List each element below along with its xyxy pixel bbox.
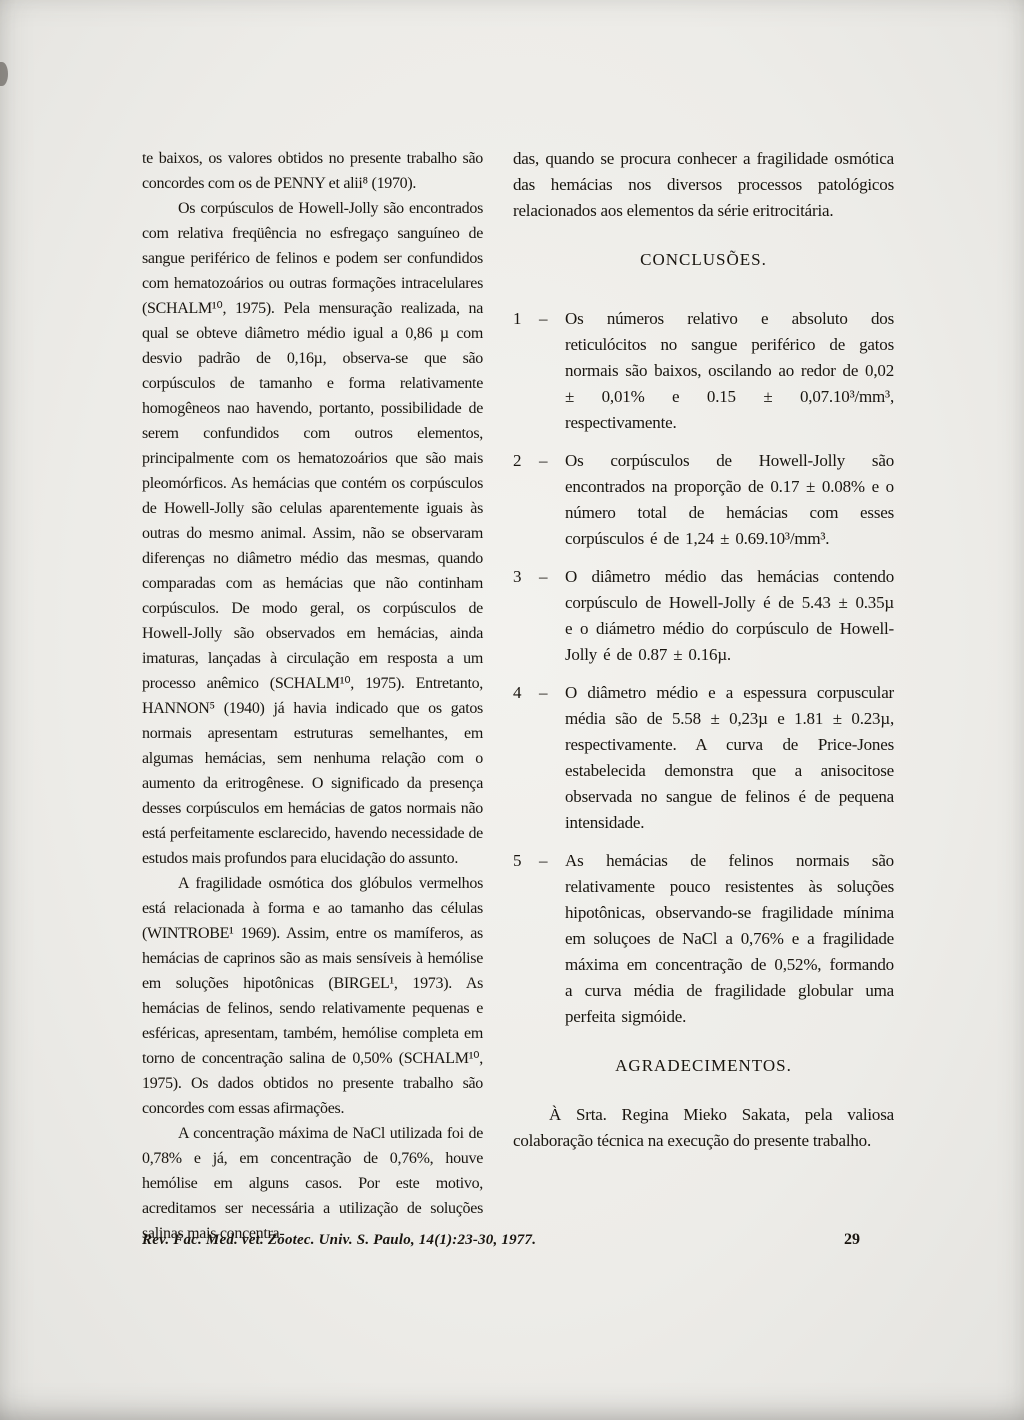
item-dash: – xyxy=(539,848,565,1030)
item-text: As hemácias de felinos normais são relat… xyxy=(565,848,894,1030)
page-number: 29 xyxy=(844,1231,860,1249)
item-text: O diâmetro médio e a espessura corpuscul… xyxy=(565,680,894,836)
item-number: 3 xyxy=(513,564,539,668)
item-text: Os corpúsculos de Howell-Jolly são encon… xyxy=(565,448,894,552)
paragraph: A concentração máxima de NaCl utilizada … xyxy=(142,1121,483,1246)
item-number: 4 xyxy=(513,680,539,836)
item-number: 5 xyxy=(513,848,539,1030)
conclusions-heading: CONCLUSÕES. xyxy=(513,250,894,270)
paragraph: A fragilidade osmótica dos glóbulos verm… xyxy=(142,871,483,1121)
item-number: 2 xyxy=(513,448,539,552)
item-dash: – xyxy=(539,680,565,836)
acknowledgements-paragraph: À Srta. Regina Mieko Sakata, pela valios… xyxy=(513,1102,894,1154)
list-item: 4 – O diâmetro médio e a espessura corpu… xyxy=(513,680,894,836)
scan-artifact xyxy=(0,62,8,86)
paragraph-continuation: te baixos, os valores obtidos no present… xyxy=(142,146,483,196)
item-dash: – xyxy=(539,448,565,552)
journal-citation: Rev. Fac. Med. vet. Zootec. Univ. S. Pau… xyxy=(142,1232,536,1249)
right-column: das, quando se procura conhecer a fragil… xyxy=(513,146,894,1246)
acknowledgements-heading: AGRADECIMENTOS. xyxy=(513,1056,894,1076)
item-dash: – xyxy=(539,306,565,436)
list-item: 3 – O diâmetro médio das hemácias conten… xyxy=(513,564,894,668)
paragraph: Os corpúsculos de Howell-Jolly são encon… xyxy=(142,196,483,871)
list-item: 5 – As hemácias de felinos normais são r… xyxy=(513,848,894,1030)
item-text: O diâmetro médio das hemácias contendo c… xyxy=(565,564,894,668)
scanned-paper-page: te baixos, os valores obtidos no present… xyxy=(0,0,1024,1420)
left-column: te baixos, os valores obtidos no present… xyxy=(142,146,483,1246)
list-item: 2 – Os corpúsculos de Howell-Jolly são e… xyxy=(513,448,894,552)
item-text: Os números relativo e absoluto dos retic… xyxy=(565,306,894,436)
conclusions-list: 1 – Os números relativo e absoluto dos r… xyxy=(513,306,894,1030)
item-dash: – xyxy=(539,564,565,668)
paragraph-continuation: das, quando se procura conhecer a fragil… xyxy=(513,146,894,224)
item-number: 1 xyxy=(513,306,539,436)
text-columns: te baixos, os valores obtidos no present… xyxy=(142,146,894,1246)
page-footer: Rev. Fac. Med. vet. Zootec. Univ. S. Pau… xyxy=(142,1231,860,1249)
list-item: 1 – Os números relativo e absoluto dos r… xyxy=(513,306,894,436)
